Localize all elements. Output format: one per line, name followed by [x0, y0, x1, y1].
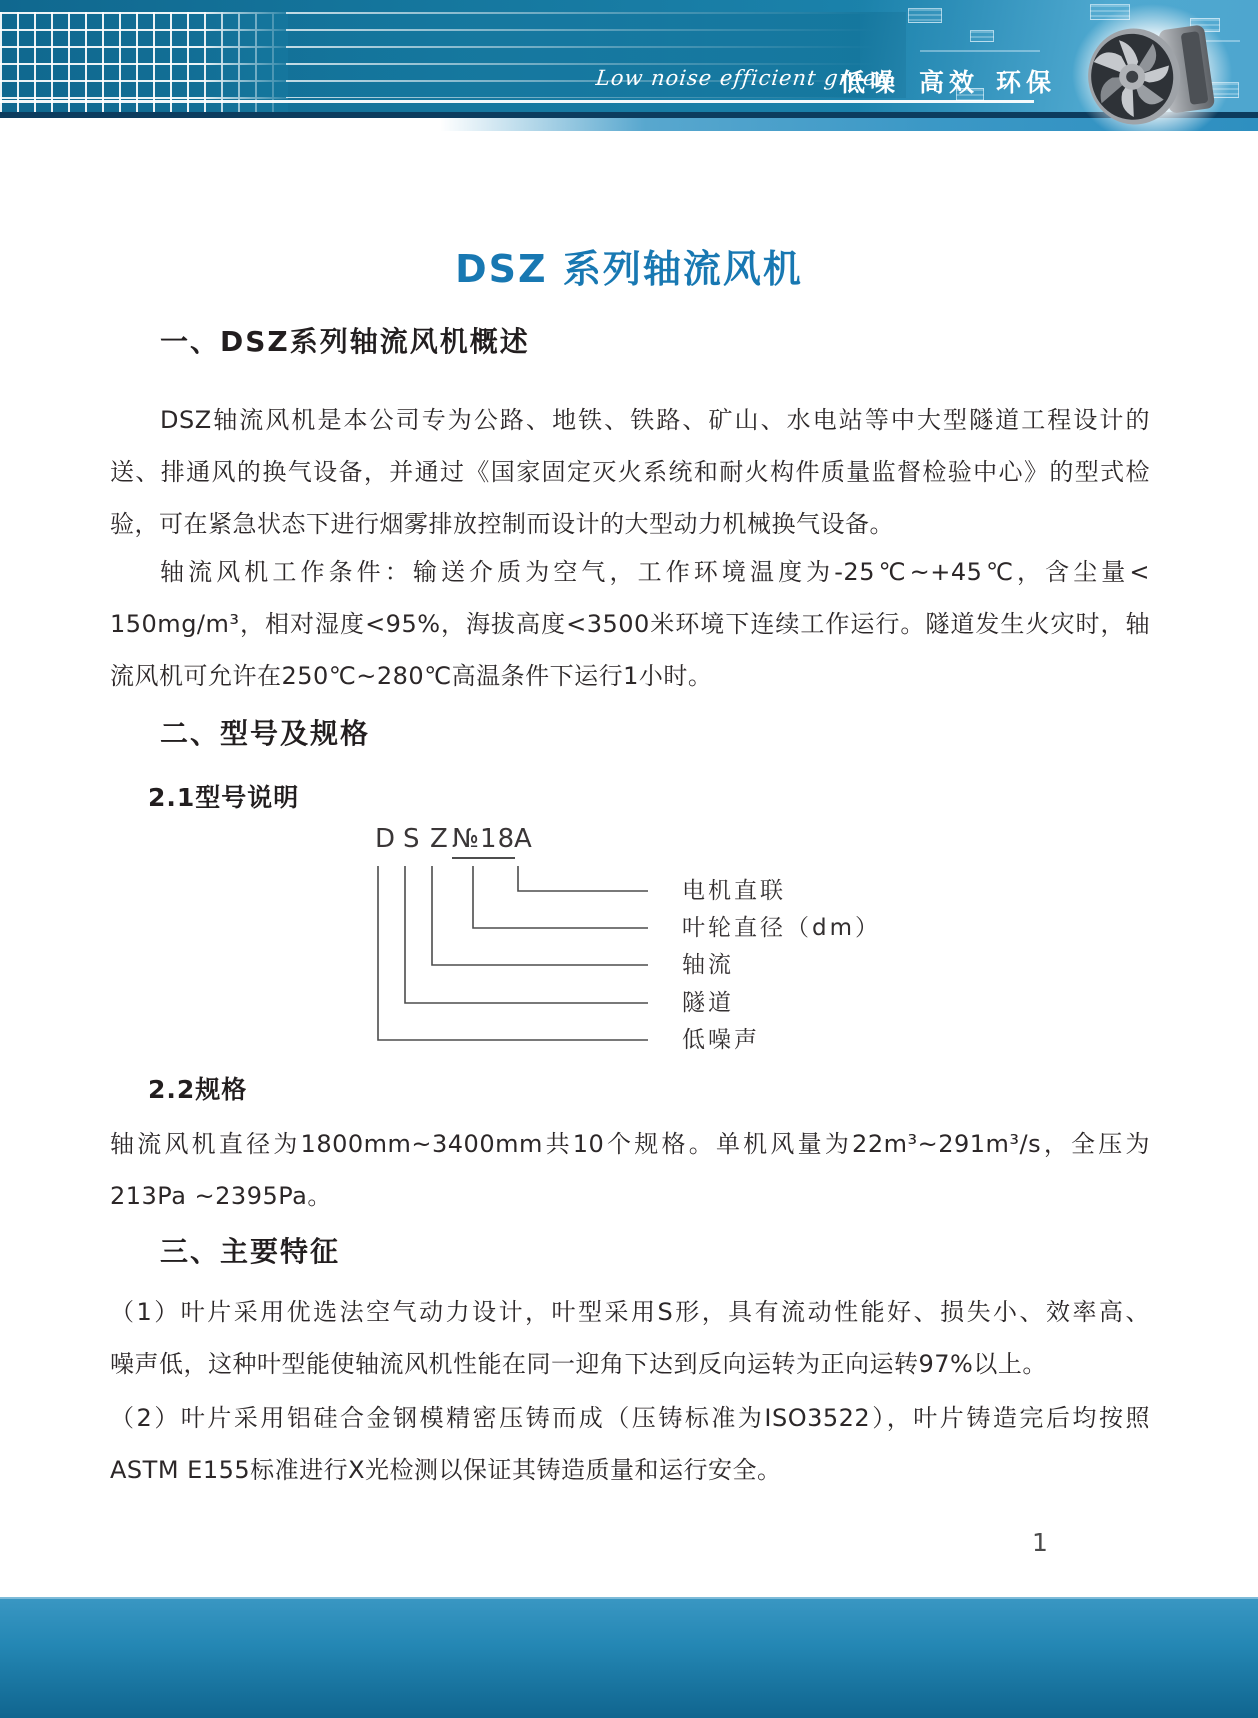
- paragraph-line: 流风机可允许在250℃~280℃高温条件下运行1小时。: [110, 650, 1150, 702]
- header-banner: Low noise efficient green 低噪 高效 环保: [0, 0, 1258, 134]
- paragraph-line: DSZ轴流风机是本公司专为公路、地铁、铁路、矿山、水电站等中大型隧道工程设计的: [110, 394, 1150, 446]
- paragraph-line: （2）叶片采用铝硅合金钢模精密压铸而成（压铸标准为ISO3522），叶片铸造完后…: [110, 1392, 1150, 1444]
- paragraph-line: 213Pa ~2395Pa。: [110, 1170, 1150, 1222]
- overview-paragraph-2: 轴流风机工作条件：输送介质为空气，工作环境温度为-25℃~+45℃，含尘量< 1…: [110, 546, 1150, 702]
- grid-pattern: [0, 12, 288, 112]
- fan-image: [1068, 2, 1236, 152]
- model-label-low-noise: 低噪声: [682, 1025, 1042, 1055]
- section-3-heading: 三、主要特征: [160, 1230, 340, 1270]
- header-underline: [0, 100, 1034, 103]
- circuit-chip: [908, 8, 942, 23]
- circuit-chip: [970, 30, 994, 42]
- model-code-part-no18: №18: [452, 824, 515, 859]
- section-1-heading: 一、DSZ系列轴流风机概述: [160, 320, 530, 360]
- circuit-trace: [920, 50, 1040, 52]
- paragraph-line: 验，可在紧急状态下进行烟雾排放控制而设计的大型动力机械换气设备。: [110, 498, 1150, 550]
- slogan-high-efficiency: 高效: [919, 63, 979, 99]
- model-label-motor-direct: 电机直联: [682, 876, 1042, 906]
- model-code-part-a: A: [514, 824, 533, 854]
- section-2-heading: 二、型号及规格: [160, 712, 370, 752]
- model-label-axial: 轴流: [682, 950, 1042, 980]
- paragraph-line: 轴流风机直径为1800mm~3400mm共10个规格。单机风量为22m³~291…: [110, 1118, 1150, 1170]
- model-code-diagram: D S Z №18 A 电机直联 叶轮直径（dm） 轴流 隧道 低噪声: [110, 820, 1150, 1062]
- subsection-2-1-heading: 2.1型号说明: [148, 778, 299, 814]
- spec-paragraph: 轴流风机直径为1800mm~3400mm共10个规格。单机风量为22m³~291…: [110, 1118, 1150, 1222]
- footer-highlight-line: [0, 1597, 1258, 1599]
- model-code-part-d: D: [375, 824, 396, 854]
- model-code-part-z: Z: [430, 824, 449, 854]
- feature-paragraph-2: （2）叶片采用铝硅合金钢模精密压铸而成（压铸标准为ISO3522），叶片铸造完后…: [110, 1392, 1150, 1496]
- paragraph-line: ASTM E155标准进行X光检测以保证其铸造质量和运行安全。: [110, 1444, 1150, 1496]
- diagram-connector-lines: [110, 866, 670, 1051]
- page-number: 1: [1032, 1528, 1048, 1557]
- feature-paragraph-1: （1）叶片采用优选法空气动力设计，叶型采用S形，具有流动性能好、损失小、效率高、…: [110, 1286, 1150, 1390]
- slogan-english: Low noise efficient green: [595, 66, 828, 90]
- paragraph-line: 送、排通风的换气设备，并通过《国家固定灭火系统和耐火构件质量监督检验中心》的型式…: [110, 446, 1150, 498]
- paragraph-line: 轴流风机工作条件：输送介质为空气，工作环境温度为-25℃~+45℃，含尘量<: [110, 546, 1150, 598]
- subsection-2-2-heading: 2.2规格: [148, 1070, 247, 1106]
- slogan-low-noise: 低噪: [840, 63, 900, 99]
- model-code-part-s: S: [403, 824, 421, 854]
- paragraph-line: 噪声低，这种叶型能使轴流风机性能在同一迎角下达到反向运转为正向运转97%以上。: [110, 1338, 1150, 1390]
- model-label-tunnel: 隧道: [682, 988, 1042, 1018]
- model-label-impeller-diameter: 叶轮直径（dm）: [682, 913, 1042, 943]
- page-title: DSZ 系列轴流风机: [0, 238, 1258, 293]
- document-page: Low noise efficient green 低噪 高效 环保: [0, 0, 1258, 1718]
- overview-paragraph-1: DSZ轴流风机是本公司专为公路、地铁、铁路、矿山、水电站等中大型隧道工程设计的 …: [110, 394, 1150, 550]
- slogan-eco-friendly: 环保: [996, 63, 1056, 99]
- paragraph-line: （1）叶片采用优选法空气动力设计，叶型采用S形，具有流动性能好、损失小、效率高、: [110, 1286, 1150, 1338]
- footer-band: [0, 1597, 1258, 1718]
- paragraph-line: 150mg/m³，相对湿度<95%，海拔高度<3500米环境下连续工作运行。隧道…: [110, 598, 1150, 650]
